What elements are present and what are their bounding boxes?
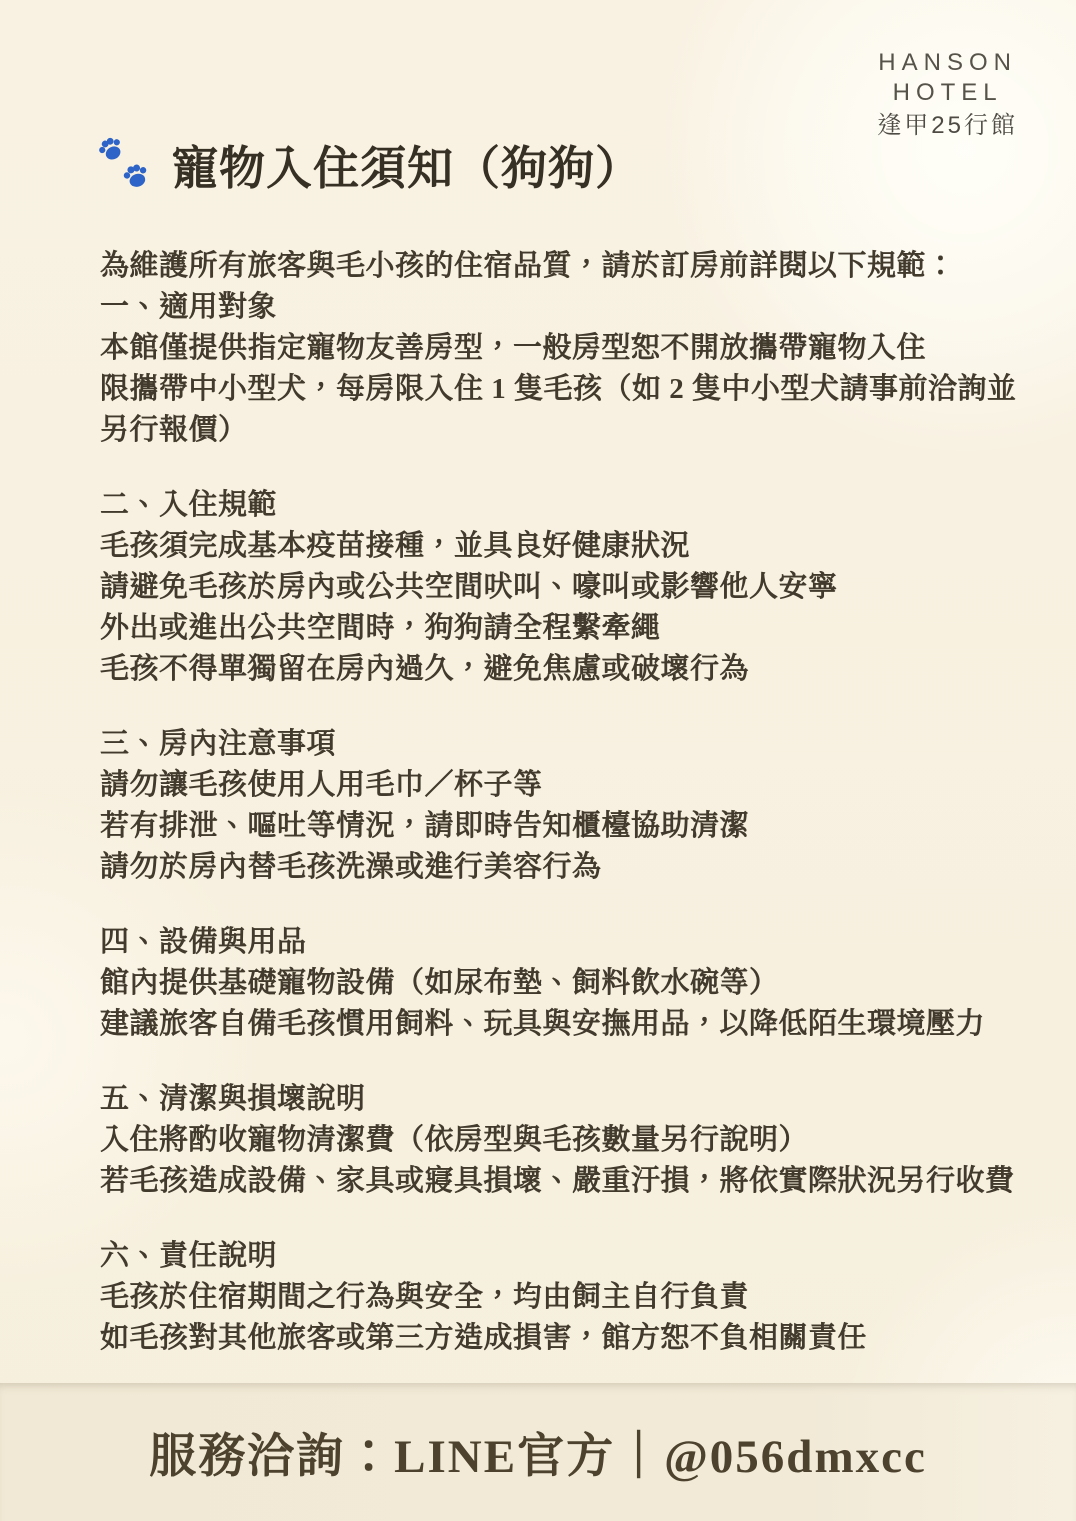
policy-line: 建議旅客自備毛孩慣用飼料、玩具與安撫用品，以降低陌生環境壓力 (100, 1004, 1036, 1045)
brand-name-line1: HANSON (877, 48, 1018, 78)
policy-line: 限攜帶中小型犬，每房限入住 1 隻毛孩（如 2 隻中小型犬請事前洽詢並 (100, 369, 1036, 410)
policy-line: 毛孩不得單獨留在房內過久，避免焦慮或破壞行為 (100, 649, 1036, 690)
policy-line: 館內提供基礎寵物設備（如尿布墊、飼料飲水碗等） (100, 963, 1036, 1004)
section-heading: 三、房內注意事項 (100, 724, 1036, 765)
section-cleaning-damage: 五、清潔與損壞說明 入住將酌收寵物清潔費（依房型與毛孩數量另行說明） 若毛孩造成… (100, 1079, 1036, 1202)
line-contact-text: 服務洽詢：LINE官方｜@056dmxcc (149, 1419, 927, 1486)
section-heading: 六、責任說明 (100, 1236, 1036, 1277)
policy-line: 毛孩須完成基本疫苗接種，並具良好健康狀況 (100, 526, 1036, 567)
policy-line: 請勿讓毛孩使用人用毛巾／杯子等 (100, 765, 1036, 806)
brand-name-line3: 逢甲25行館 (877, 110, 1018, 142)
pet-policy-notice-page: HANSON HOTEL 逢甲25行館 (0, 0, 1076, 1521)
policy-line: 外出或進出公共空間時，狗狗請全程繫牽繩 (100, 608, 1036, 649)
section-liability: 六、責任說明 毛孩於住宿期間之行為與安全，均由飼主自行負責 如毛孩對其他旅客或第… (100, 1236, 1036, 1359)
paw-prints-icon (94, 132, 156, 198)
page-title: 寵物入住須知（狗狗） (172, 132, 642, 198)
section-heading: 五、清潔與損壞說明 (100, 1079, 1036, 1120)
section-in-room-notes: 三、房內注意事項 請勿讓毛孩使用人用毛巾／杯子等 若有排泄、嘔吐等情況，請即時告… (100, 724, 1036, 888)
policy-line: 若毛孩造成設備、家具或寢具損壞、嚴重汙損，將依實際狀況另行收費 (100, 1161, 1036, 1202)
policy-line: 如毛孩對其他旅客或第三方造成損害，館方恕不負相關責任 (100, 1318, 1036, 1359)
section-heading: 四、設備與用品 (100, 922, 1036, 963)
policy-line: 請勿於房內替毛孩洗澡或進行美容行為 (100, 847, 1036, 888)
policy-line: 本館僅提供指定寵物友善房型，一般房型恕不開放攜帶寵物入住 (100, 328, 1036, 369)
section-equipment: 四、設備與用品 館內提供基礎寵物設備（如尿布墊、飼料飲水碗等） 建議旅客自備毛孩… (100, 922, 1036, 1045)
contact-footer-band: 服務洽詢：LINE官方｜@056dmxcc (0, 1383, 1076, 1521)
section-stay-rules: 二、入住規範 毛孩須完成基本疫苗接種，並具良好健康狀況 請避免毛孩於房內或公共空… (100, 485, 1036, 690)
policy-line: 另行報價） (100, 410, 1036, 451)
intro-line: 為維護所有旅客與毛小孩的住宿品質，請於訂房前詳閱以下規範： (100, 246, 1036, 287)
policy-line: 請避免毛孩於房內或公共空間吠叫、嚎叫或影響他人安寧 (100, 567, 1036, 608)
section-applicability: 為維護所有旅客與毛小孩的住宿品質，請於訂房前詳閱以下規範： 一、適用對象 本館僅… (100, 246, 1036, 451)
section-heading: 一、適用對象 (100, 287, 1036, 328)
brand-name-line2: HOTEL (877, 78, 1018, 108)
notice-header: 寵物入住須知（狗狗） (94, 132, 642, 198)
policy-content: 為維護所有旅客與毛小孩的住宿品質，請於訂房前詳閱以下規範： 一、適用對象 本館僅… (100, 246, 1036, 1393)
hotel-brand: HANSON HOTEL 逢甲25行館 (877, 48, 1018, 142)
policy-line: 若有排泄、嘔吐等情況，請即時告知櫃檯協助清潔 (100, 806, 1036, 847)
policy-line: 入住將酌收寵物清潔費（依房型與毛孩數量另行說明） (100, 1120, 1036, 1161)
policy-line: 毛孩於住宿期間之行為與安全，均由飼主自行負責 (100, 1277, 1036, 1318)
section-heading: 二、入住規範 (100, 485, 1036, 526)
